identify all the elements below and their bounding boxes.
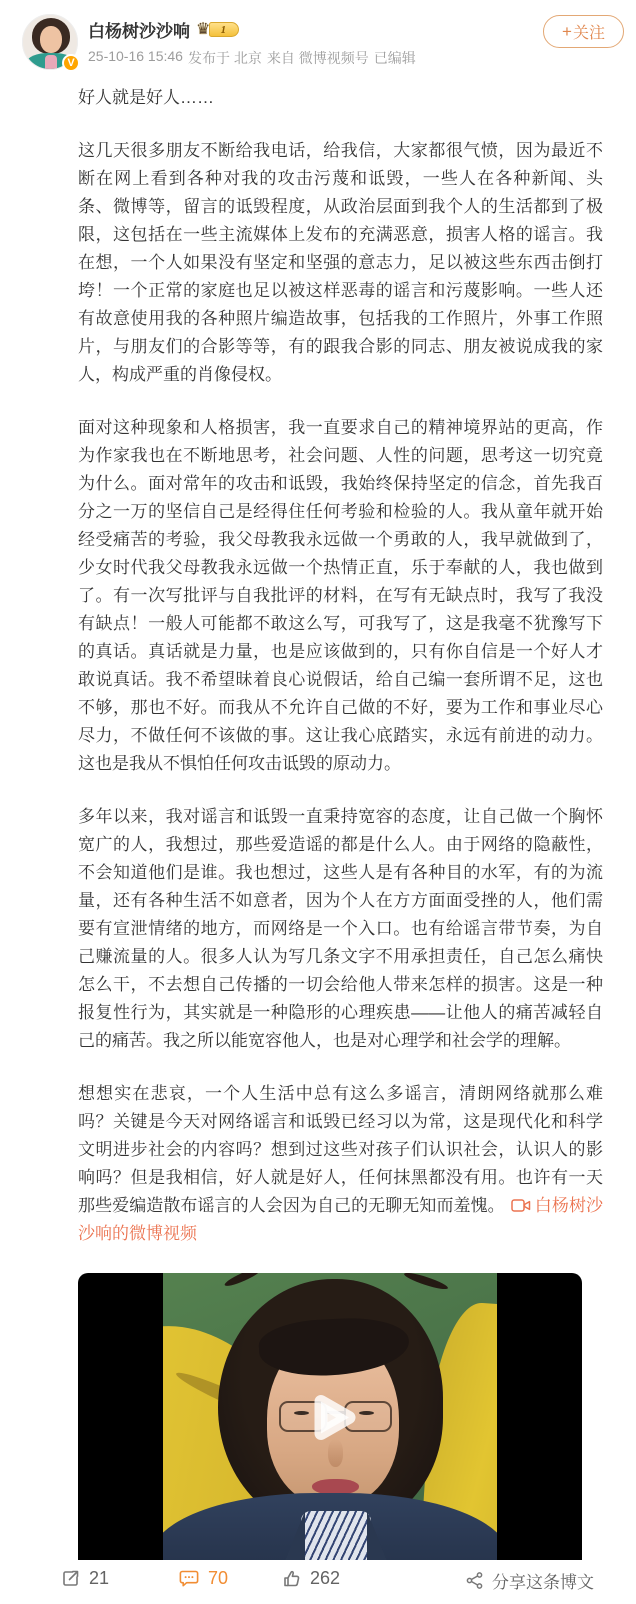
post-paragraph: 面对这种现象和人格损害，我一直要求自己的精神境界站的更高，作为作家我也在不断地思…: [78, 414, 603, 778]
timestamp: 25-10-16 15:46: [88, 48, 183, 68]
repost-button[interactable]: 21: [60, 1568, 109, 1589]
share-label: 分享这条博文: [492, 1568, 594, 1593]
source-label[interactable]: 来自 微博视频号: [267, 48, 369, 68]
post-paragraph: 多年以来，我对谣言和诋毁一直秉持宽容的态度，让自己做一个胸怀宽广的人，我想过，那…: [78, 803, 603, 1055]
post-paragraph: 想想实在悲哀，一个人生活中总有这么多谣言，清朗网络就那么难吗？关键是今天对网络谣…: [78, 1080, 603, 1248]
edited-label: 已编辑: [374, 48, 416, 68]
share-icon: [465, 1571, 484, 1590]
repost-count: 21: [89, 1568, 109, 1589]
repost-icon: [60, 1568, 81, 1589]
avatar-blouse: [45, 55, 57, 70]
hair-wisp: [223, 1273, 263, 1289]
share-button[interactable]: 分享这条博文: [465, 1568, 594, 1593]
action-bar: 21 70 262 分享这条博文: [0, 1560, 636, 1604]
verified-icon: V: [62, 54, 80, 72]
hair-wisp: [403, 1273, 449, 1292]
like-count: 262: [310, 1568, 340, 1589]
comment-button[interactable]: 70: [178, 1568, 228, 1589]
post-paragraph: 好人就是好人……: [78, 84, 603, 112]
like-icon: [281, 1568, 302, 1589]
comment-icon: [178, 1568, 200, 1589]
crown-icon: ♛: [196, 22, 210, 38]
follow-button[interactable]: + 关注: [543, 15, 624, 48]
play-icon[interactable]: [294, 1382, 366, 1463]
published-location: 发布于 北京: [188, 48, 262, 68]
comment-count: 70: [208, 1568, 228, 1589]
avatar[interactable]: V: [22, 14, 78, 70]
weibo-post-page: V 白杨树沙沙响 ♛ 1 25-10-16 15:46 发布于 北京 来自 微博…: [0, 0, 636, 1604]
vip-level: 1: [209, 22, 239, 37]
post-content: 好人就是好人…… 这几天很多朋友不断给我电话，给我信，大家都很气愤，因为最近不断…: [78, 84, 603, 1571]
post-paragraph: 这几天很多朋友不断给我电话，给我信，大家都很气愤，因为最近不断在网上看到各种对我…: [78, 137, 603, 389]
avatar-face: [40, 26, 62, 53]
video-player[interactable]: [78, 1273, 582, 1571]
post-meta: 25-10-16 15:46 发布于 北京 来自 微博视频号 已编辑: [88, 48, 416, 68]
plus-icon: +: [562, 23, 572, 40]
name-row: 白杨树沙沙响 ♛ 1: [88, 17, 239, 42]
like-button[interactable]: 262: [281, 1568, 340, 1589]
video-camera-icon: [511, 1198, 531, 1213]
follow-label: 关注: [573, 20, 605, 43]
username[interactable]: 白杨树沙沙响: [88, 17, 190, 42]
vip-crown-badge: ♛ 1: [196, 22, 239, 38]
